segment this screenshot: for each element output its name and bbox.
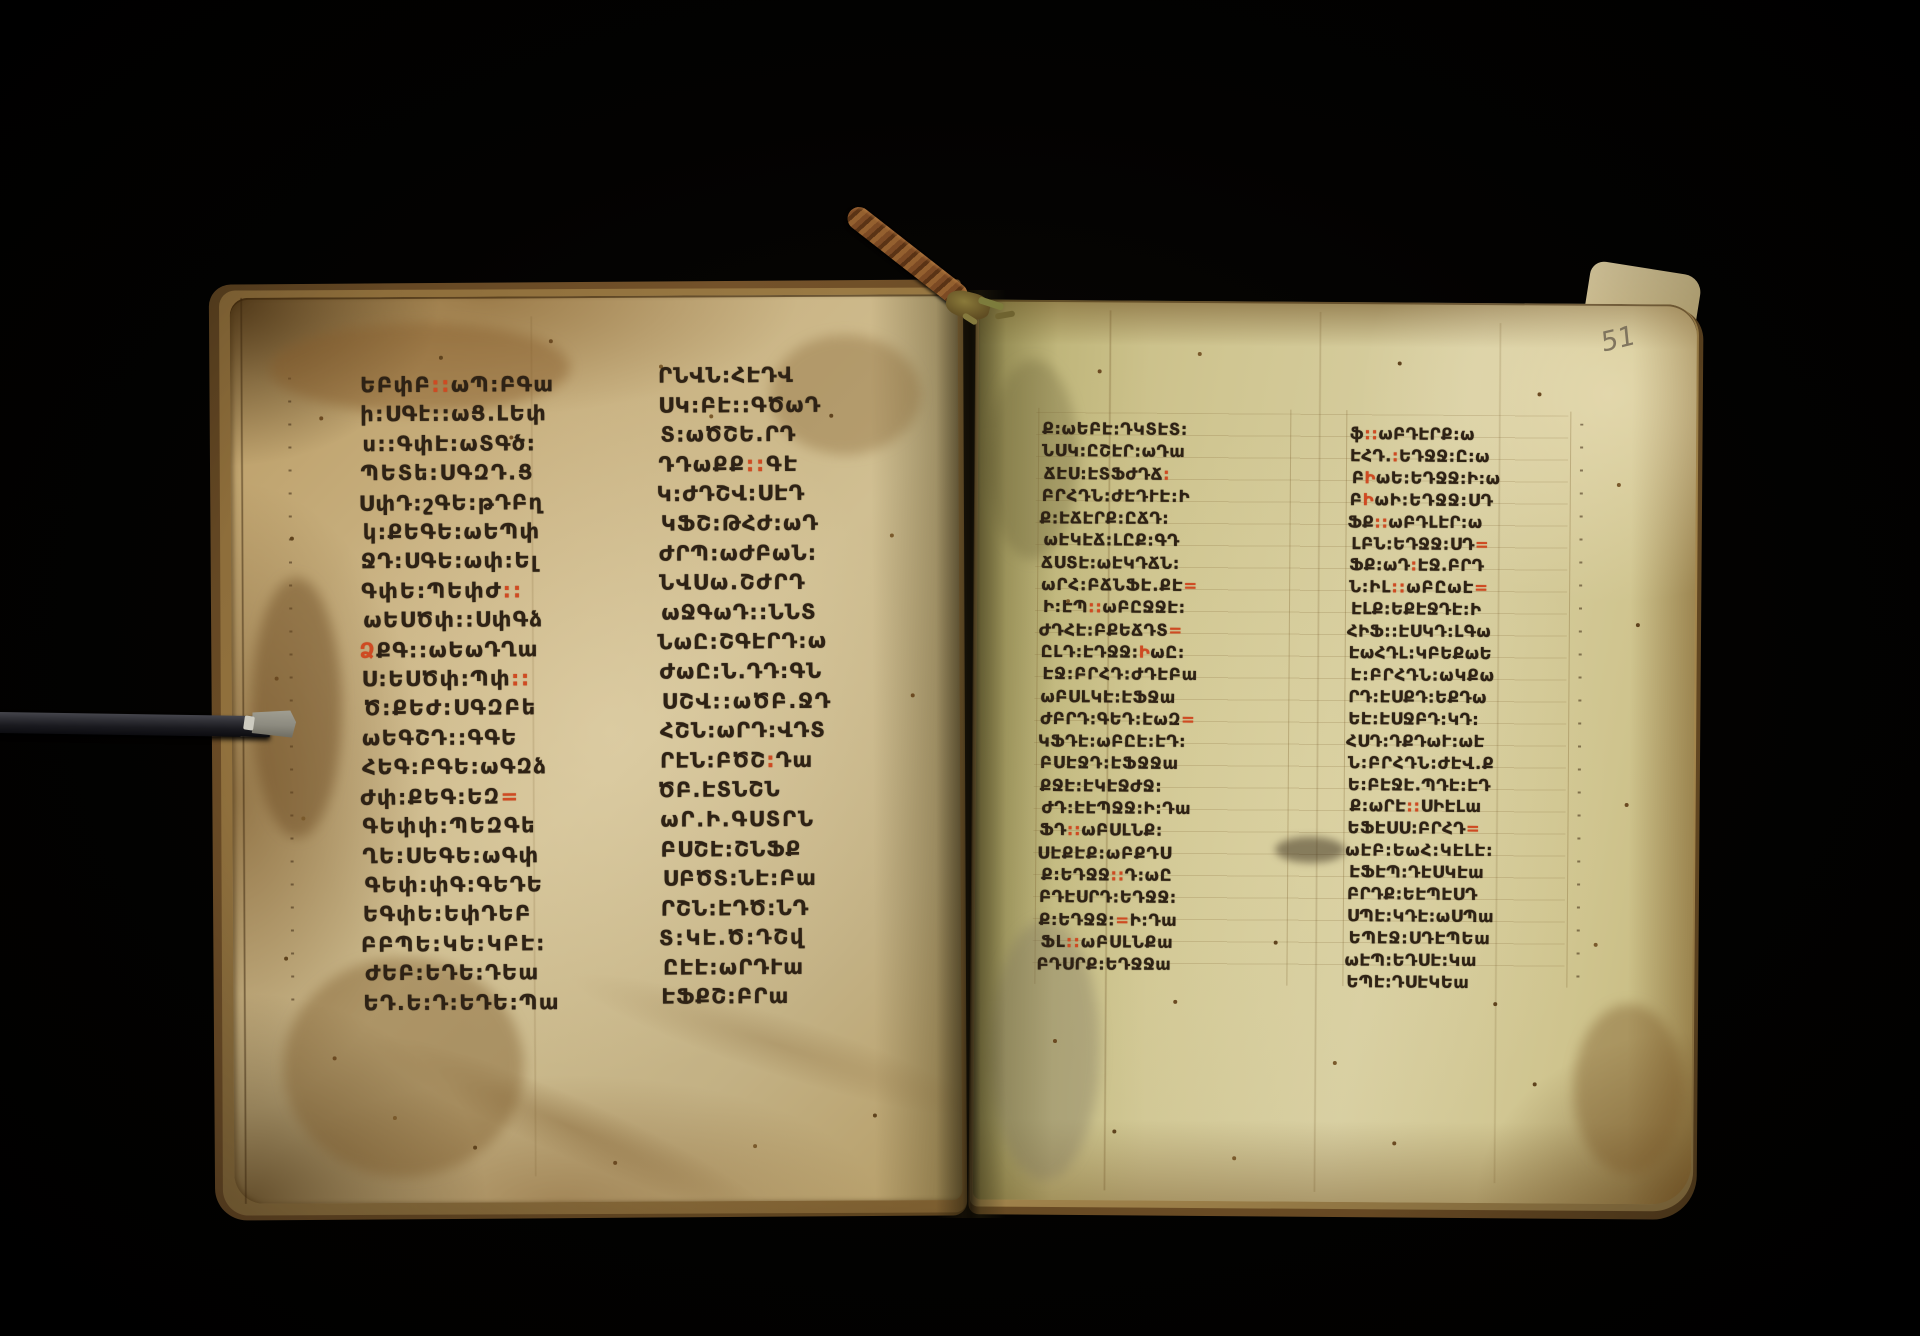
text-line: Ք:ԷՃԷՐՔ:ԸՃԴ: [1040, 508, 1288, 531]
text-line: ωԷԿԷՃ:ԼԸՔ:ԳԴ [1043, 529, 1291, 553]
rubric-mark: Ի [1363, 490, 1375, 509]
text-line: ԲՐԴՔ:ԵԷՊԷՍԴ [1347, 883, 1565, 906]
text-line: ωԷԲ:ԵωՀ:ԿԷԼԷ: [1345, 840, 1563, 862]
text-line: ՐՇՆ:ԷԴԾ:ՆԴ [661, 893, 915, 924]
rubric-mark: :: [1374, 512, 1388, 531]
text-line: Ք:ωԵԲԷ:ԴԿՏԷՏ: [1042, 418, 1290, 442]
text-line: ԺԴ:ԷԷՊՋՋ:Ի:Դա [1042, 797, 1290, 821]
rubric-mark: = [1475, 535, 1489, 554]
text-line: ԵԳփԵ:ԵփԴԵԲ [363, 899, 655, 930]
text-line: ֆ::ωԲԴԷՐՔ:ω [1350, 423, 1568, 446]
text-line: ԷՖԷՊ:ԴԷՍԿԷա [1349, 861, 1567, 884]
text-line: Է:ԲՐՀԴՆ:ωԿՔω [1350, 664, 1568, 687]
text-line: Տ:ԿԷ.Ծ:ԴՇվ [659, 922, 913, 954]
text-line: ԿՖՇ:ԹՀԺ:ωԴ [661, 508, 915, 539]
pricking-holes [288, 378, 294, 1018]
text-line: Տ:ωԾՇԵ.ՐԴ [660, 420, 914, 451]
text-line: ԷՋ:ԲՐՀԴ:ԺԴԷԲա [1042, 663, 1290, 687]
text-line: ս::ԳփԷ:ωՏԳծ: [362, 429, 654, 460]
text-line: ՍՊԷ:ԿԴԷ:ωՍՊա [1347, 905, 1565, 928]
text-line: ՀՇՆ:ωՐԴ:ՎԴՏ [660, 715, 914, 746]
text-line: ՊԵՏե:ՍԳԶԴ.Ց [360, 458, 652, 489]
right-page: Ք:ωԵԲԷ:ԴԿՏԷՏ:ՆՍԿ:ԸՇԷՐ:ωԴաՃԷՍ:ԷՏՖԺԴՃ:ԲՐՀԴ… [973, 300, 1697, 1205]
text-line: Ծ:ՔԵԺ:ՍԳԶԲե [364, 693, 656, 724]
text-line: Ն:ԲՐՀԴՆ:ԺԷՎ.Ք [1348, 752, 1566, 775]
text-line: ԵԷ:ԷՍՋԲԴ:ԿԴ: [1348, 708, 1566, 731]
text-line: ՋԴ:ՍԳԵ:ωփ:Ել [361, 546, 653, 577]
text-line: ԳԵփփ:ՊԵԶԳե [362, 811, 654, 842]
text-line: ՍԷՔԷՔ:ωԲՔԴՍ [1037, 842, 1285, 865]
rubric-mark: Ձ [359, 638, 376, 662]
text-line: ωՐ.Ի.ԳՍՏՐՆ [660, 804, 914, 835]
right-column-2: ֆ::ωԲԴԷՐՔ:ωԷՀԴ.:ԵԴՋՋ:Ը:ωԲԻωԵ:ԵԴՋՋ:Ի:ωԲԻω… [1346, 423, 1568, 994]
text-line: ԳԵփ:փԳ:ԳԵԴԵ [365, 870, 657, 901]
rubric-mark: : [766, 748, 776, 772]
text-line: ԲԲՊԵ:ԿԵ:ԿԲԷ: [361, 928, 653, 960]
text-line: ԲՐՀԴՆ:ԺԷԴՒԷ:Ի [1042, 485, 1290, 509]
photo-stage: ԵԲփԲ::ωՊ:ԲԳաի:ՍԳէ::ωՑ.ԼԵփս::ԳփԷ:ωՏԳծ:ՊԵՏ… [0, 0, 1920, 1336]
text-line: ωԵՍԾփ::ՍփԳձ [363, 605, 655, 636]
text-line: ի:ՍԳէ::ωՑ.ԼԵփ [360, 399, 652, 430]
text-line: ՖՔ:ωԴ:ԷՋ.ԲՐԴ [1349, 555, 1567, 578]
pointer-rod-glint [243, 715, 255, 730]
folio-number: 51 [1600, 320, 1636, 359]
parchment-specks [230, 298, 232, 300]
rubric-mark: :: [1364, 424, 1378, 443]
text-line: ԾԲ.ԷՏՆՇՆ [658, 774, 912, 806]
text-line: ԺωԸ:Ն.ԴԴ:ԳՆ [660, 656, 914, 687]
text-line: ՀՍԴ:ԴՔԴωՒ:ωԷ [1346, 730, 1564, 752]
text-line: ωԲՍԼԿԷ:ԷՖՋա [1040, 686, 1288, 710]
pricking-holes [1576, 424, 1583, 994]
text-line: ՐՆՎՆ:ՀԷԴՎ [658, 360, 912, 391]
text-line: ՍՇՎ::ωԾԲ.ՋԴ [662, 686, 916, 717]
text-line: ՍԿ:ԲԷ::ԳԾωԴ [658, 390, 912, 421]
text-line: ԵՊԷ:ԴՍԷԿԵա [1346, 971, 1564, 994]
text-line: ՍԲԾՏ:ՆԷ:Բա [663, 863, 917, 894]
text-line: ՀԵԳ:ԲԳԵ:ωԳԶձ [362, 752, 654, 783]
pointer-rod [0, 712, 270, 737]
text-line: ԳփԵ:ՊԵփԺ:: [361, 576, 653, 607]
text-line: Կ:ԺԴՇՎ:ՍԷԴ [657, 478, 911, 510]
text-line: ՐԷՆ:ԲԾՇ:Դա [660, 745, 914, 776]
rubric-mark: :: [1406, 797, 1420, 816]
rubric-mark: = [1183, 576, 1198, 595]
text-line: Ժփ:ՔԵԳ:ԵԶ= [360, 781, 652, 813]
left-column-1: ԵԲփԲ::ωՊ:ԲԳաի:ՍԳէ::ωՑ.ԼԵփս::ԳփԷ:ωՏԳծ:ՊԵՏ… [360, 370, 655, 1018]
text-line: Ե:ԲԷՋԷ.ՊԴԷ:ԷԴ [1348, 774, 1566, 797]
text-line: ԺԵԲ:ԵԴԵ:ԴԵա [365, 958, 657, 989]
left-column-2: ՐՆՎՆ:ՀԷԴՎՍԿ:ԲԷ::ԳԾωԴՏ:ωԾՇԵ.ՐԴԴԴωՔՔ::ԳԷԿ:… [658, 360, 915, 1012]
rubric-mark: :: [1088, 598, 1103, 617]
text-line: ωԵԳՇԴ::ԳԳԵ [362, 723, 654, 754]
text-line: ԲԻωԻ:ԵԴՋՋ:ՍԴ [1350, 489, 1568, 512]
rubric-mark: :: [1067, 820, 1082, 839]
text-line: ՖԴ::ωԲՍԼՆՔ: [1039, 819, 1287, 843]
page-edge-crease [240, 298, 248, 1204]
text-line: ԷՖՔՇ:ԲՐա [661, 982, 915, 1013]
text-line: ԺԲՐԴ:ԳԵԴ:ԷωԶ= [1040, 708, 1288, 732]
rubric-mark: :: [1066, 932, 1081, 951]
text-line: ՍփԴ:շԳԵ:թԴԲղ [359, 487, 651, 519]
text-line: Ք:ԵԴՋՋ::Դ:ωԸ [1041, 864, 1289, 888]
text-line: ԲՍՇԷ:ՇՆՖՔ [660, 834, 914, 865]
text-line: ԺԴՀԷ:ԲՔԵՃԴՏ= [1039, 619, 1287, 642]
rubric-mark: :: [511, 666, 531, 690]
right-column-1: Ք:ωԵԲԷ:ԴԿՏԷՏ:ՆՍԿ:ԸՇԷՐ:ωԴաՃԷՍ:ԷՏՖԺԴՃ:ԲՐՀԴ… [1038, 418, 1290, 977]
text-line: ԼԲՆ:ԵԴՋՋ:ՍԴ= [1351, 533, 1569, 556]
text-line: ԵՊԷՋ:ՍԴԷՊԵա [1349, 927, 1567, 950]
rubric-mark: = [500, 784, 519, 808]
text-line: ՆՍԿ:ԸՇԷՐ:ωԴա [1042, 440, 1290, 464]
rubric-mark: = [1466, 819, 1480, 838]
text-line: ԸԷԷ:ωՐԴՒա [663, 952, 917, 983]
rubric-mark: Ի [1139, 643, 1151, 662]
text-line: ԲԴՍՐՔ:ԵԴՋՋա [1036, 954, 1284, 977]
text-line: ԴԴωՔՔ::ԳԷ [658, 449, 912, 480]
text-line: Ք:ԵԴՋՋ:=Ի:Դա [1039, 908, 1287, 932]
rubric-mark: :: [1110, 865, 1125, 884]
text-line: ԺՐՊ:ωԺԲωՆ: [659, 538, 913, 569]
text-line: Ի:ԷՊ::ωԲԸՋՋԷ: [1043, 596, 1291, 620]
text-line: ՀԻՖ::ԷՍԿԴ:ԼԳω [1347, 621, 1565, 643]
text-line: ԿՖԴԷ:ωԲԸԷ:ԷԴ: [1038, 731, 1286, 754]
text-line: ԵԲփԲ::ωՊ:ԲԳա [360, 370, 652, 401]
left-page: ԵԲփԲ::ωՊ:ԲԳաի:ՍԳէ::ωՑ.ԼԵփս::ԳփԷ:ωՏԳծ:ՊԵՏ… [230, 294, 963, 1204]
text-line: ՃԷՍ:ԷՏՖԺԴՃ: [1044, 463, 1292, 487]
text-line: ԷωՀԴԼ:ԿԲԵՔωԵ [1349, 642, 1567, 665]
rubric-mark: Ի [1364, 468, 1376, 487]
rubric-mark: = [1181, 710, 1196, 729]
text-line: ՆωԸ:ՇԳԷՐԴ:ω [657, 626, 911, 658]
stain [1573, 1004, 1684, 1175]
text-line: ԵԴ.Ե:Դ:ԵԴԵ:Պա [363, 987, 655, 1018]
rubric-mark: = [1168, 620, 1182, 639]
text-line: Ք:ωՐԷ::ՍԻԷԼա [1350, 796, 1568, 819]
text-line: ԷԼՔ:ԵՔԷՋԴԷ:Ի [1351, 598, 1569, 621]
text-line: ԲԴԷՍՐԴ:ԵԴՋՋ: [1039, 886, 1287, 910]
text-line: ԵՖԷՍՍ:ԲՐՀԴ= [1347, 817, 1565, 840]
text-line: ԸԼԴ:ԷԴՋՋ:ԻωԸ: [1041, 641, 1289, 665]
text-line: Ն:ԻԼ::ωԲԸωԷ= [1349, 576, 1567, 599]
rubric-mark: : [1163, 464, 1170, 483]
text-line: ՔՋԷ:ԷԿԷՋԺՋ: [1040, 775, 1288, 799]
text-line: ՐԴ:ԷՍՔԴ:ԵՔԴω [1348, 686, 1566, 709]
text-line: ԷՀԴ.:ԵԴՋՋ:Ը:ω [1350, 445, 1568, 468]
rubric-mark: :: [1391, 578, 1406, 597]
text-line: Ս:ԵՍԾփ:Պփ:: [362, 664, 654, 695]
rubric-mark: :: [503, 578, 524, 602]
text-line: ωԷՊ:ԵԴՍԷ:Կա [1345, 949, 1563, 971]
text-line: ՖԼ::ωԲՍԼՆՔա [1041, 931, 1289, 955]
text-line: ՁՔԳ::ωԵωԴՂա [359, 634, 651, 666]
pointer-rod-tip [252, 709, 297, 738]
rubric-mark: :: [746, 452, 767, 476]
rubric-mark: = [1474, 578, 1489, 597]
rubric-mark: :: [431, 373, 451, 397]
stain [251, 577, 342, 837]
text-line: ՂԵ:ՍԵԳԵ:ωԳփ [362, 840, 654, 871]
text-line: ՖՔ::ωԲԴԼԷՐ:ω [1348, 511, 1566, 533]
text-line: ωՐՀ:ԲՃՆՖԷ.ՔԷ= [1041, 574, 1289, 598]
vertical-crease [1313, 312, 1322, 1192]
text-line: ԲՍԷՋԴ:ԷՖՋՋա [1040, 752, 1288, 776]
rubric-mark: = [1115, 910, 1130, 929]
text-line: ՆՎՍω.ՇԺՐԴ [659, 567, 913, 598]
text-line: ԲԻωԵ:ԵԴՋՋ:Ի:ω [1352, 467, 1570, 490]
text-line: ՃՍՏԷ:ωԷԿԴՃՆ: [1041, 552, 1289, 576]
text-line: կ:ՔԵԳԵ:ωԵՊփ [363, 517, 655, 548]
text-line: ωՋԳωԴ::ՆՆՏ [661, 597, 915, 628]
